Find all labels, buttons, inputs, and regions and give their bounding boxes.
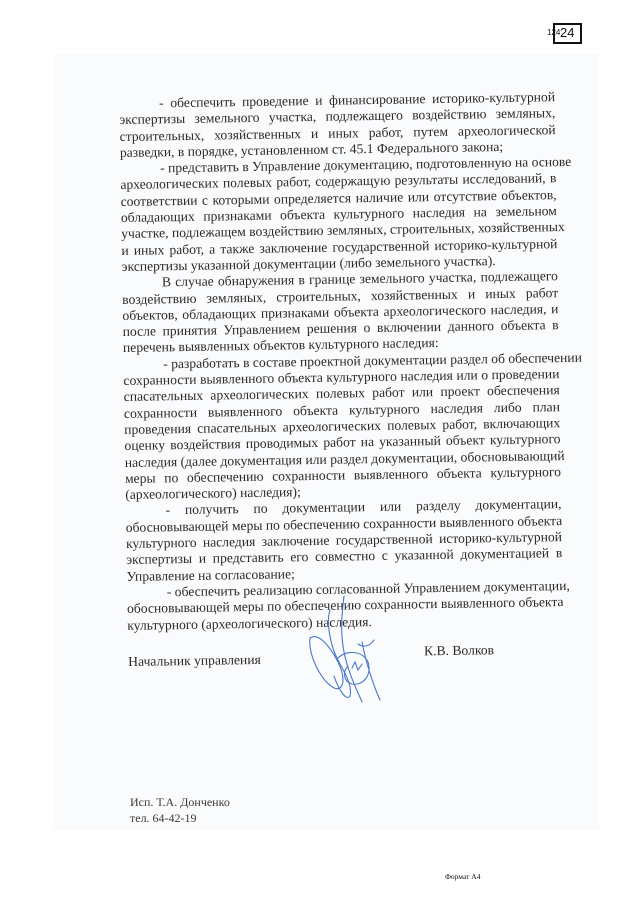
executor-name: Исп. Т.А. Донченко xyxy=(130,794,230,810)
signatory-name: К.В. Волков xyxy=(424,642,494,659)
page-number-overlay: 124 xyxy=(547,28,560,38)
position-title: Начальник управления xyxy=(128,652,261,670)
handwritten-signature-icon xyxy=(300,592,395,707)
executor-phone: тел. 64-42-19 xyxy=(130,810,230,826)
format-label: Формат А4 xyxy=(445,872,480,881)
document-body: - обеспечить проведение и финансирование… xyxy=(119,89,563,634)
page-number: 24 xyxy=(560,24,574,42)
executor-info: Исп. Т.А. Донченко тел. 64-42-19 xyxy=(130,794,230,826)
